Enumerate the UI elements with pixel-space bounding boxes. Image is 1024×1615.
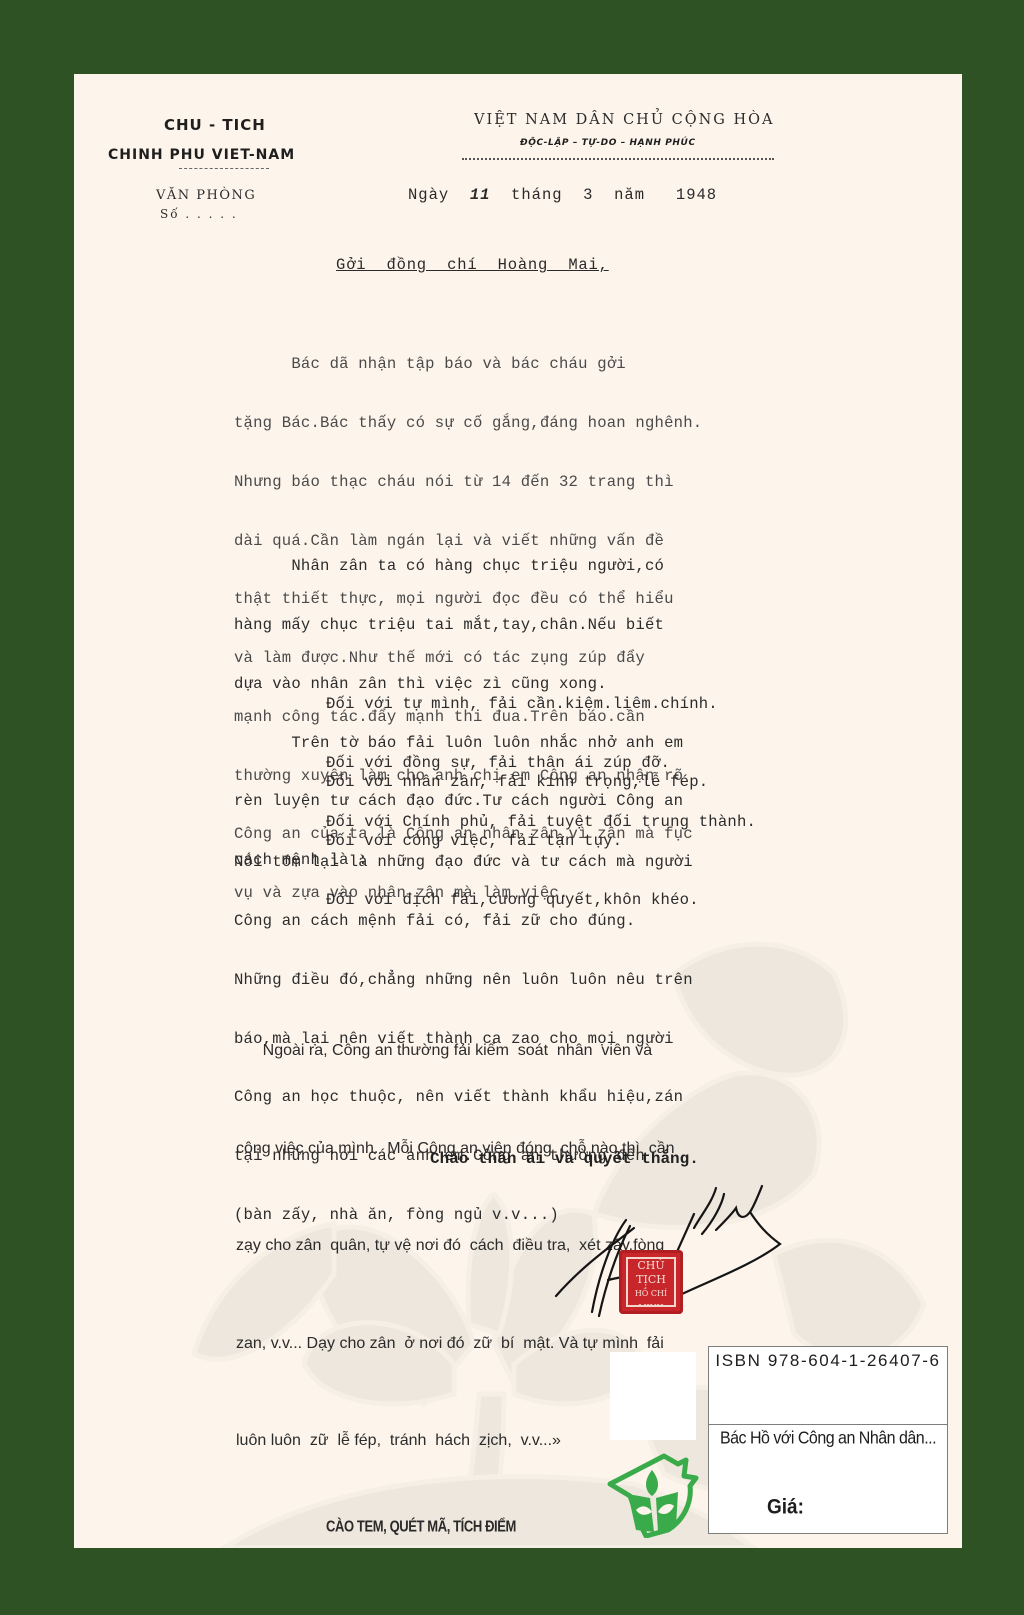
text-line: Công an cách mệnh fải có, fải zữ cho đún…: [234, 912, 693, 932]
date-year-label: năm: [614, 186, 645, 204]
letterhead-title: CHU - TICH: [164, 116, 266, 134]
date-day: 11: [470, 186, 491, 204]
document-number: Số . . . . .: [160, 207, 238, 221]
text-line: tặng Bác.Bác thấy có sự cố gắng,đáng hoa…: [234, 414, 702, 434]
text-line: hàng mấy chục triệu tai mắt,tay,chân.Nếu…: [234, 616, 683, 636]
date-line: Ngày 11 tháng 3 năm 1948: [408, 186, 717, 204]
seal-text-line: TỊCH: [628, 1273, 674, 1287]
duty-line: Đối với tự mình, fải cần.kiệm.liêm.chính…: [326, 695, 756, 715]
publisher-logo-icon: [606, 1450, 704, 1538]
date-year: 1948: [676, 186, 717, 204]
text-line: Ngoài ra, Công an thường fải kiểm soát n…: [236, 1035, 675, 1068]
price-label: Giá:: [767, 1496, 804, 1520]
text-line: Bác dã nhận tập báo và bác cháu gởi: [234, 355, 702, 375]
isbn-number: ISBN 978-604-1-26407-6: [709, 1351, 947, 1371]
seal-text-line: HỒ CHÍ MINH: [628, 1287, 674, 1307]
letterhead-underline: [179, 168, 269, 169]
date-month: 3: [583, 186, 593, 204]
document-page: CHU - TICH CHINH PHU VIET-NAM VĂN PHÒNG …: [74, 74, 962, 1548]
seal-stamp: CHỦ TỊCH HỒ CHÍ MINH: [619, 1250, 683, 1314]
country-name: VIỆT NAM DÂN CHỦ CỘNG HÒA: [474, 112, 775, 128]
text-line: Nói tóm lại là những đạo đức và tư cách …: [234, 853, 693, 873]
date-prefix: Ngày: [408, 186, 449, 204]
isbn-price-box: ISBN 978-604-1-26407-6 Bác Hồ với Công a…: [708, 1346, 948, 1534]
barcode-sticker-area: [610, 1352, 696, 1440]
isbn-divider: [709, 1424, 947, 1425]
book-title: Bác Hồ với Công an Nhân dân...: [709, 1429, 947, 1449]
seal-text-line: CHỦ: [628, 1259, 674, 1273]
promo-text: CÀO TEM, QUÉT MÃ, TÍCH ĐIỂM: [326, 1517, 516, 1535]
salutation: Gởi đồng chí Hoàng Mai,: [336, 256, 609, 274]
motto-underline: [462, 158, 774, 160]
text-line: Nhân zân ta có hàng chục triệu người,có: [234, 557, 683, 577]
date-month-label: tháng: [511, 186, 563, 204]
letterhead-subtitle: CHINH PHU VIET-NAM: [108, 147, 295, 163]
text-line: Nhưng báo thạc cháu nói từ 14 đến 32 tra…: [234, 473, 702, 493]
national-motto: ĐỘC-LẬP – TỰ-DO – HẠNH PHÚC: [520, 138, 696, 148]
duty-line: Đối với nhân zân, fải kính trọng,lễ fép.: [326, 773, 708, 793]
closing-line: Chào thân ái và quyết thắng.: [430, 1150, 699, 1168]
office-label: VĂN PHÒNG: [156, 188, 256, 203]
